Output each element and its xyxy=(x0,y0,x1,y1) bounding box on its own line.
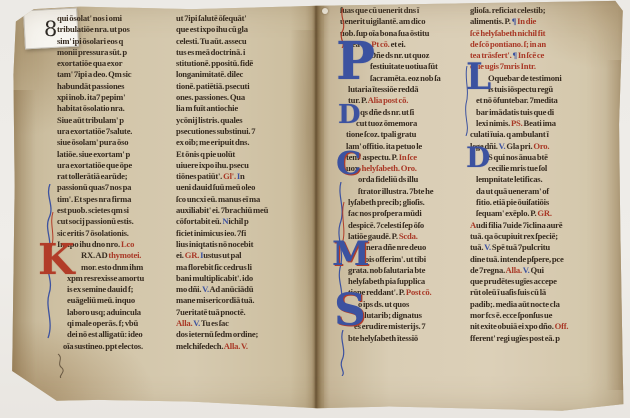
manuscript-text-line: habundāt passiones xyxy=(57,81,175,92)
manuscript-text-line: ficiet inimicus ieo. 7fi xyxy=(176,228,310,239)
manuscript-text-line: tuā. V. Spē tuā 7pulcritu xyxy=(470,242,616,253)
manuscript-text-line: uiuere ixpo ihu. psecu xyxy=(176,160,310,171)
manuscript-text-line: longanimitatē. dilec xyxy=(176,69,310,80)
manuscript-text-line: Siue aūt tribulam' p xyxy=(57,115,175,126)
manuscript-text-line: ei. GR. Iustus ut pal xyxy=(176,250,310,261)
manuscript-text-line: euāgeliū meū. inquo xyxy=(57,295,175,306)
manuscript-text-line: S qui nos ānua btē xyxy=(470,152,616,163)
manuscript-text-line: ut 7ipi ſalutē ōſequāt' xyxy=(176,13,310,24)
manuscript-text-line: lempnitate letificas. xyxy=(470,174,616,185)
manuscript-text-line: psecutiones substinui. 7 xyxy=(176,126,310,137)
manuscript-text-line: stitutionē. ppositū. fidē xyxy=(176,58,310,69)
manuscript-text-line: oīa sustineo. ppt electos. xyxy=(57,341,175,352)
manuscript-text-line: tam' 7ipi a deo. Qm sic xyxy=(57,69,175,80)
manuscript-text-line: festiuitate uotiua ſūt xyxy=(340,61,466,72)
manuscript-text-line: cecilie mris tue ſol xyxy=(470,163,616,174)
manuscript-text-line: cut tuoz ōmemora xyxy=(340,118,466,129)
manuscript-text-line: ueni dauid ſuū meū oleo xyxy=(176,182,310,193)
manuscript-text-line: laboro usq; aduincula xyxy=(57,307,175,318)
fold-crease-line xyxy=(315,0,317,414)
manuscript-text-line: tiōnes patiūt'. Gl'. In xyxy=(176,171,310,182)
manuscript-text-line: culati īuia. q ambulant ī xyxy=(470,129,616,140)
manuscript-text-line: tionē. patiētiā. psecuti xyxy=(176,81,310,92)
manuscript-text-line: de ſcō pontiano. ſ; in an xyxy=(470,39,616,50)
manuscript-text-line: uob. ſup oīa bona ſua ōstitu xyxy=(340,28,466,39)
manuscript-text-line: monii pressura sūt. p xyxy=(57,47,175,58)
manuscript-text-line: uenerit uigilantē. am dico xyxy=(340,16,466,27)
manuscript-text-line: passionū quas7 nos pa xyxy=(57,182,175,193)
manuscript-text-line: dine tuā. intende pſpere, pce xyxy=(470,254,616,265)
manuscript-text-line: uox. helyſabeth. Oro. xyxy=(340,163,466,174)
manuscript-text-line: lege dñi. V. Gla pri. Oro. xyxy=(470,141,616,152)
manuscript-text-line: bani multiplicabit'. ido xyxy=(176,273,310,284)
manuscript-text-line: dos ieternū ſedm ordine; xyxy=(176,329,310,340)
text-column-right-2: glioſa. reficiat celestib;alimentis. P. … xyxy=(470,5,616,347)
manuscript-text-line: s qs dñe ds nr. ut ſi xyxy=(340,107,466,118)
manuscript-photo: 8 qui ōsolat' nos i omitribulatiōe nra. … xyxy=(0,0,630,418)
manuscript-text-line: is tuis iōspectu regū xyxy=(470,84,616,95)
manuscript-text-line: es erudire misterijs. 7 xyxy=(340,321,466,332)
manuscript-text-line: mane misericordiā tuā. xyxy=(176,295,310,306)
manuscript-text-line: mo dñi. V. Ad anūciādū xyxy=(176,284,310,295)
manuscript-text-line: cut socij passionū estis. xyxy=(57,216,175,227)
manuscript-text-line: de 7regna. Alla. V. Qui xyxy=(470,265,616,276)
manuscript-text-line: Dñe ds nr. ut quoz xyxy=(340,50,466,61)
manuscript-text-line: celesti. Tu aūt. assecu xyxy=(176,36,310,47)
manuscript-text-line: ſequam' exēplo. P. GR. xyxy=(470,208,616,219)
manuscript-text-line: xpm resrexisse amortu xyxy=(57,273,175,284)
manuscript-text-line: melchiſedech. Alla. V. xyxy=(176,341,310,352)
shelfmark-number: 8 xyxy=(44,16,58,40)
manuscript-text-line: ura exortatiōe 7salute. xyxy=(57,126,175,137)
text-column-left-2: ut 7ipi ſalutē ōſequāt'que est ixpo ihu … xyxy=(176,13,310,355)
manuscript-text-line: tus es meā doctrinā. i xyxy=(176,47,310,58)
text-column-left-1: qui ōsolat' nos i omitribulatiōe nra. ut… xyxy=(57,13,175,355)
manuscript-text-line: despicē. 7celesti ſep ōſo xyxy=(340,220,466,231)
manuscript-text-line: sic eritis 7 ōsolationis. xyxy=(57,228,175,239)
manuscript-text-line: tim'. Et spes nra firma xyxy=(57,194,175,205)
manuscript-text-line: ma florebit ſic cedrus li xyxy=(176,262,310,273)
stain-left-edge xyxy=(6,90,36,390)
manuscript-text-line: ſtrator illustra. 7bte he xyxy=(340,186,466,197)
manuscript-text-line: ſalutarib; dignatus xyxy=(340,310,466,321)
manuscript-text-line: latiōe. siue exortam' p xyxy=(57,149,175,160)
manuscript-text-line: Vnera dñe nre deuo xyxy=(340,242,466,253)
manuscript-text-line: auxiliabit' ei. 7brachiū meū xyxy=(176,205,310,216)
manuscript-text-line: bar imādatis tuis que di xyxy=(470,107,616,118)
manuscript-text-line: Oquebar de testimoni xyxy=(470,73,616,84)
manuscript-text-line: RX. AD thymotei. xyxy=(57,250,175,261)
manuscript-text-line: orda fideliū ds illu xyxy=(340,174,466,185)
manuscript-text-line: lius iniqtatis nō nocebit xyxy=(176,239,310,250)
manuscript-text-line: 7ueritatē tuā pnoctē. xyxy=(176,307,310,318)
manuscript-text-line: tione ſcoz. tpali gratu xyxy=(340,129,466,140)
manuscript-text-line: lyſabeth precib; glioſis. xyxy=(340,197,466,208)
manuscript-text-line: padib;. media aūt nocte cla xyxy=(470,299,616,310)
manuscript-text-line: tur. P. Alia post cō. xyxy=(340,95,466,106)
manuscript-text-line: Et ōnis q pie uolūt xyxy=(176,149,310,160)
manuscript-text-line: alimentis. P. ¶ In die xyxy=(470,16,616,27)
manuscript-text-line: tea trāsfert'. ¶ In ſcē ce xyxy=(470,50,616,61)
manuscript-text-line: xpi inob. ita7 pepim' xyxy=(57,92,175,103)
manuscript-text-line: Rea qs. Pt cō. et ei. xyxy=(340,39,466,50)
manuscript-text-line: nit exite obuiā ei xpo dño. Off. xyxy=(470,321,616,332)
manuscript-text-line: Alla. V. Tu es ſac xyxy=(176,318,310,329)
manuscript-text-line: lexi nimis. PS. Beati ima xyxy=(470,118,616,129)
manuscript-text-line: et nō ōfuntebar. 7medita xyxy=(470,95,616,106)
manuscript-text-line: helyſabeth pia ſupplica xyxy=(340,276,466,287)
pen-trial-mark xyxy=(54,352,68,378)
manuscript-text-line: dei nō est alligatū: ideo xyxy=(57,329,175,340)
manuscript-text-line: da ut quā ueneram' of xyxy=(470,186,616,197)
manuscript-text-line: mor. esto dnm ihm xyxy=(57,262,175,273)
manuscript-text-line: que prudētes ugīes accepe xyxy=(470,276,616,287)
manuscript-text-line: lia m fuīt antiochie xyxy=(176,103,310,114)
manuscript-text-line: ſuas que cū uenerit dns ī xyxy=(340,5,466,16)
text-column-right-1: ſuas que cū uenerit dns īuenerit uigilan… xyxy=(340,5,466,347)
parchment-leaf: 8 qui ōsolat' nos i omitribulatiōe nra. … xyxy=(6,0,624,414)
manuscript-text-line: ex oib; me eripuit dns. xyxy=(176,137,310,148)
manuscript-text-line: ſacramēta. eoz nob ſa xyxy=(340,73,466,84)
manuscript-text-line: cōfortabit eū. Nichil p xyxy=(176,216,310,227)
manuscript-text-line: qi male operās. f; vbū xyxy=(57,318,175,329)
manuscript-text-line: ſco uncxi eū. manus eī ma xyxy=(176,194,310,205)
manuscript-text-line: cilie ugis 7mris Intr. xyxy=(470,61,616,72)
manuscript-text-line: grata. nob ſalutaria bte xyxy=(340,265,466,276)
manuscript-text-line: sim' ipi ōsolari eos q xyxy=(57,36,175,47)
manuscript-text-line: ura exortatiōe que ōpe xyxy=(57,160,175,171)
manuscript-text-line: ſcē helyſabeth nichil fit xyxy=(470,28,616,39)
manuscript-text-line: bte helyſabeth ītessiō xyxy=(340,333,466,344)
manuscript-text-line: o ips ds. ut quos xyxy=(340,299,466,310)
manuscript-text-line: rūt oleū ī uaſis ſuis cū lā xyxy=(470,287,616,298)
manuscript-text-line: fac nos proſpera mūdi xyxy=(340,208,466,219)
manuscript-text-line: ones. passiones. Qua xyxy=(176,92,310,103)
manuscript-text-line: fferent' regi ugīes post eā. p xyxy=(470,333,616,344)
manuscript-text-line: latiōe gaudē. P. Scda. xyxy=(340,231,466,242)
manuscript-text-line: glioſa. reficiat celestib; xyxy=(470,5,616,16)
manuscript-text-line: siue ōsolam' pura ōso xyxy=(57,137,175,148)
manuscript-text-line: tuā. qa ōcupiuit rex ſpeciē; xyxy=(470,231,616,242)
manuscript-text-line: rat tollerātiā earūde; xyxy=(57,171,175,182)
manuscript-text-line: que est ixpo ihu cū gla xyxy=(176,24,310,35)
penwork-flourish-left-margin xyxy=(42,184,58,339)
manuscript-text-line: exortatiōe qua exor xyxy=(57,58,175,69)
manuscript-text-line: habitat ōsolatio nra. xyxy=(57,103,175,114)
manuscript-text-line: In xpo ihu dno nro. Lco xyxy=(57,239,175,250)
manuscript-text-line: lam' offitio. ita petuo le xyxy=(340,141,466,152)
manuscript-text-line: tribulatiōe nra. ut pos xyxy=(57,24,175,35)
manuscript-text-line: qui ōsolat' nos i omi xyxy=(57,13,175,24)
manuscript-text-line: mor fcs ē. ecce ſponſus ue xyxy=(470,310,616,321)
manuscript-text-line: lutaria ītessiōe reddā xyxy=(340,84,466,95)
manuscript-text-line: tiois offerim'. ut tibi xyxy=(340,254,466,265)
manuscript-text-line: tem' aspectu. P. In ſce xyxy=(340,152,466,163)
manuscript-text-line: fitio. etiā pie ōuiſatiōis xyxy=(470,197,616,208)
manuscript-text-line: Audi filia 7uide 7iclina aurē xyxy=(470,220,616,231)
manuscript-text-line: est puob. scietes qm si xyxy=(57,205,175,216)
manuscript-text-line: tione reddant'. P. Post cō. xyxy=(340,287,466,298)
manuscript-text-line: ycōnij listris. quales xyxy=(176,115,310,126)
manuscript-text-line: is ex semine dauid f; xyxy=(57,284,175,295)
